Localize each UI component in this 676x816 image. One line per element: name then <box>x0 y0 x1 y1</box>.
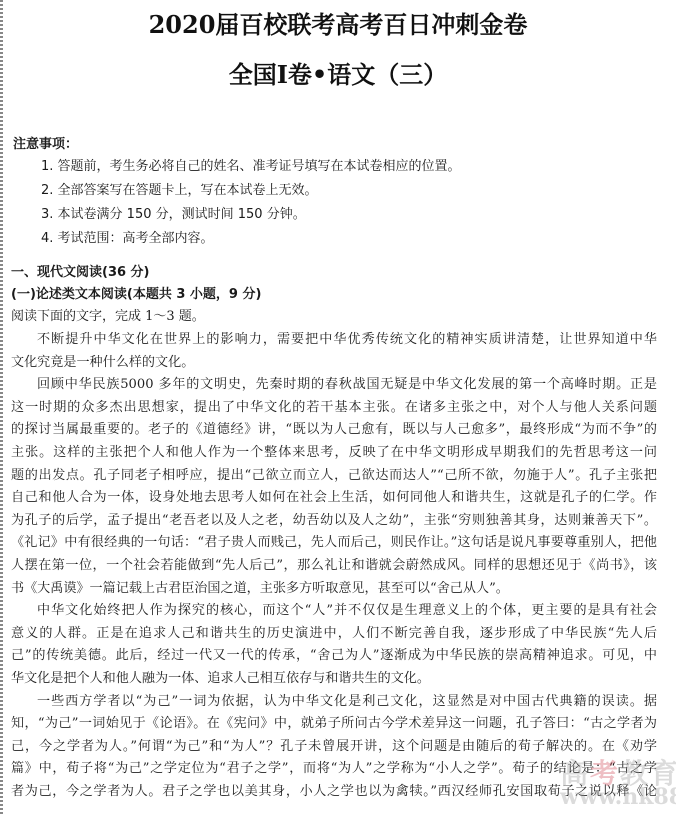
part-heading: 一、现代文阅读(36 分) <box>11 263 661 283</box>
exam-notes: 注意事项： 1. 答题前，考生务必将自己的姓名、准考证号填写在本试卷相应的位置。… <box>13 135 663 251</box>
passage-line: 回顾中华民族5000 多年的文明史，先秦时期的春秋战国无疑是中华文化发展的第一个… <box>11 374 657 397</box>
passage-line: 意义的人群。正是在追求人己和谐共生的历史演进中，人们不断完善自我，逐步形成了中华… <box>11 623 657 646</box>
page-edge-border <box>0 0 3 816</box>
passage-line: 的探讨当属最重要的。老子的《道德经》讲，“既以为人己愈有，既以与人己愈多”，最终… <box>11 419 657 442</box>
passage-line: 题的出发点。孔子同老子相呼应，提出“己欲立而立人，己欲达而达人”“己所不欲，勿施… <box>11 465 657 488</box>
passage-line: 己，今之学者为人。”何谓“为己”和“为人”？孔子未曾展开讲，这个问题是由随后的荀… <box>11 736 657 759</box>
passage-line: 为孔子的后学，孟子提出“老吾老以及人之老，幼吾幼以及人之幼”，主张“穷则独善其身… <box>11 510 657 533</box>
notes-item: 3. 本试卷满分 150 分，测试时间 150 分钟。 <box>13 203 663 227</box>
notes-heading: 注意事项： <box>13 135 663 155</box>
notes-item: 2. 全部答案写在答题卡上，写在本试卷上无效。 <box>13 179 663 203</box>
passage-line: 文化究竟是一种什么样的文化。 <box>11 352 657 375</box>
sub-section-heading: (一)论述类文本阅读(本题共 3 小题，9 分) <box>11 285 661 305</box>
passage-line: 中华文化始终把人作为探究的核心，而这个“人”并不仅仅是生理意义上的个体，更主要的… <box>11 600 657 623</box>
passage-line: 篇》中，荀子将“为己”之学定位为“君子之学”，而将“为人”之学称为“小人之学”。… <box>11 758 657 781</box>
passage-line: 华文化是把个人和他人融为一体、追求人己相互依存与和谐共生的文化。 <box>11 668 657 691</box>
passage-line: 不断提升中华文化在世界上的影响力，需要把中华优秀传统文化的精神实质讲清楚，让世界… <box>11 329 657 352</box>
passage-line: 知，“为己”一词始见于《论语》。在《宪问》中，就弟子所问古今学术差异这一问题，孔… <box>11 713 657 736</box>
passage-line: 自己和他人合为一体，设身处地去思考人如何在社会上生活，如何同他人和谐共生，这就是… <box>11 487 657 510</box>
exam-page: 2020届百校联考高考百日冲刺金卷 全国Ⅰ卷•语文（三） 注意事项： 1. 答题… <box>0 0 676 816</box>
reading-instruction: 阅读下面的文字，完成 1～3 题。 <box>11 307 661 327</box>
passage-line: 己”的传统美德。此后，经过一代又一代的传承，“舍己为人”逐渐成为中华民族的崇高精… <box>11 645 657 668</box>
passage-line: 主张。这样的主张把个人和他人作为一个整体来思考，反映了在中华文明形成早期我们的先… <box>11 442 657 465</box>
document-subtitle: 全国Ⅰ卷•语文（三） <box>0 58 676 92</box>
passage-line: 《礼记》中有很经典的一句话：“君子贵人而贱己，先人而后己，则民作让。”这句话是说… <box>11 532 657 555</box>
passage-line: 人摆在第一位，一个社会若能做到“先人后己”，那么礼让和谐就会蔚然成风。同样的思想… <box>11 555 657 578</box>
notes-item: 4. 考试范围：高考全部内容。 <box>13 227 663 251</box>
document-title: 2020届百校联考高考百日冲刺金卷 <box>0 8 676 42</box>
reading-passage: 不断提升中华文化在世界上的影响力，需要把中华优秀传统文化的精神实质讲清楚，让世界… <box>11 329 657 803</box>
passage-line: 这一时期的众多杰出思想家，提出了中华文化的若干基本主张。在诸多主张之中，对个人与… <box>11 397 657 420</box>
passage-line: 者为己，今之学者为人。君子之学也以美其身，小人之学也以为禽犊。”西汉经师孔安国取… <box>11 781 657 804</box>
passage-line: 一些西方学者以“为己”一词为依据，认为中华文化是利己文化，这显然是对中国古代典籍… <box>11 691 657 714</box>
passage-line: 书《大禹谟》一篇记载上古君臣治国之道，主张多方听取意见，甚至可以“舍己从人”。 <box>11 578 657 601</box>
notes-item: 1. 答题前，考生务必将自己的姓名、准考证号填写在本试卷相应的位置。 <box>13 155 663 179</box>
